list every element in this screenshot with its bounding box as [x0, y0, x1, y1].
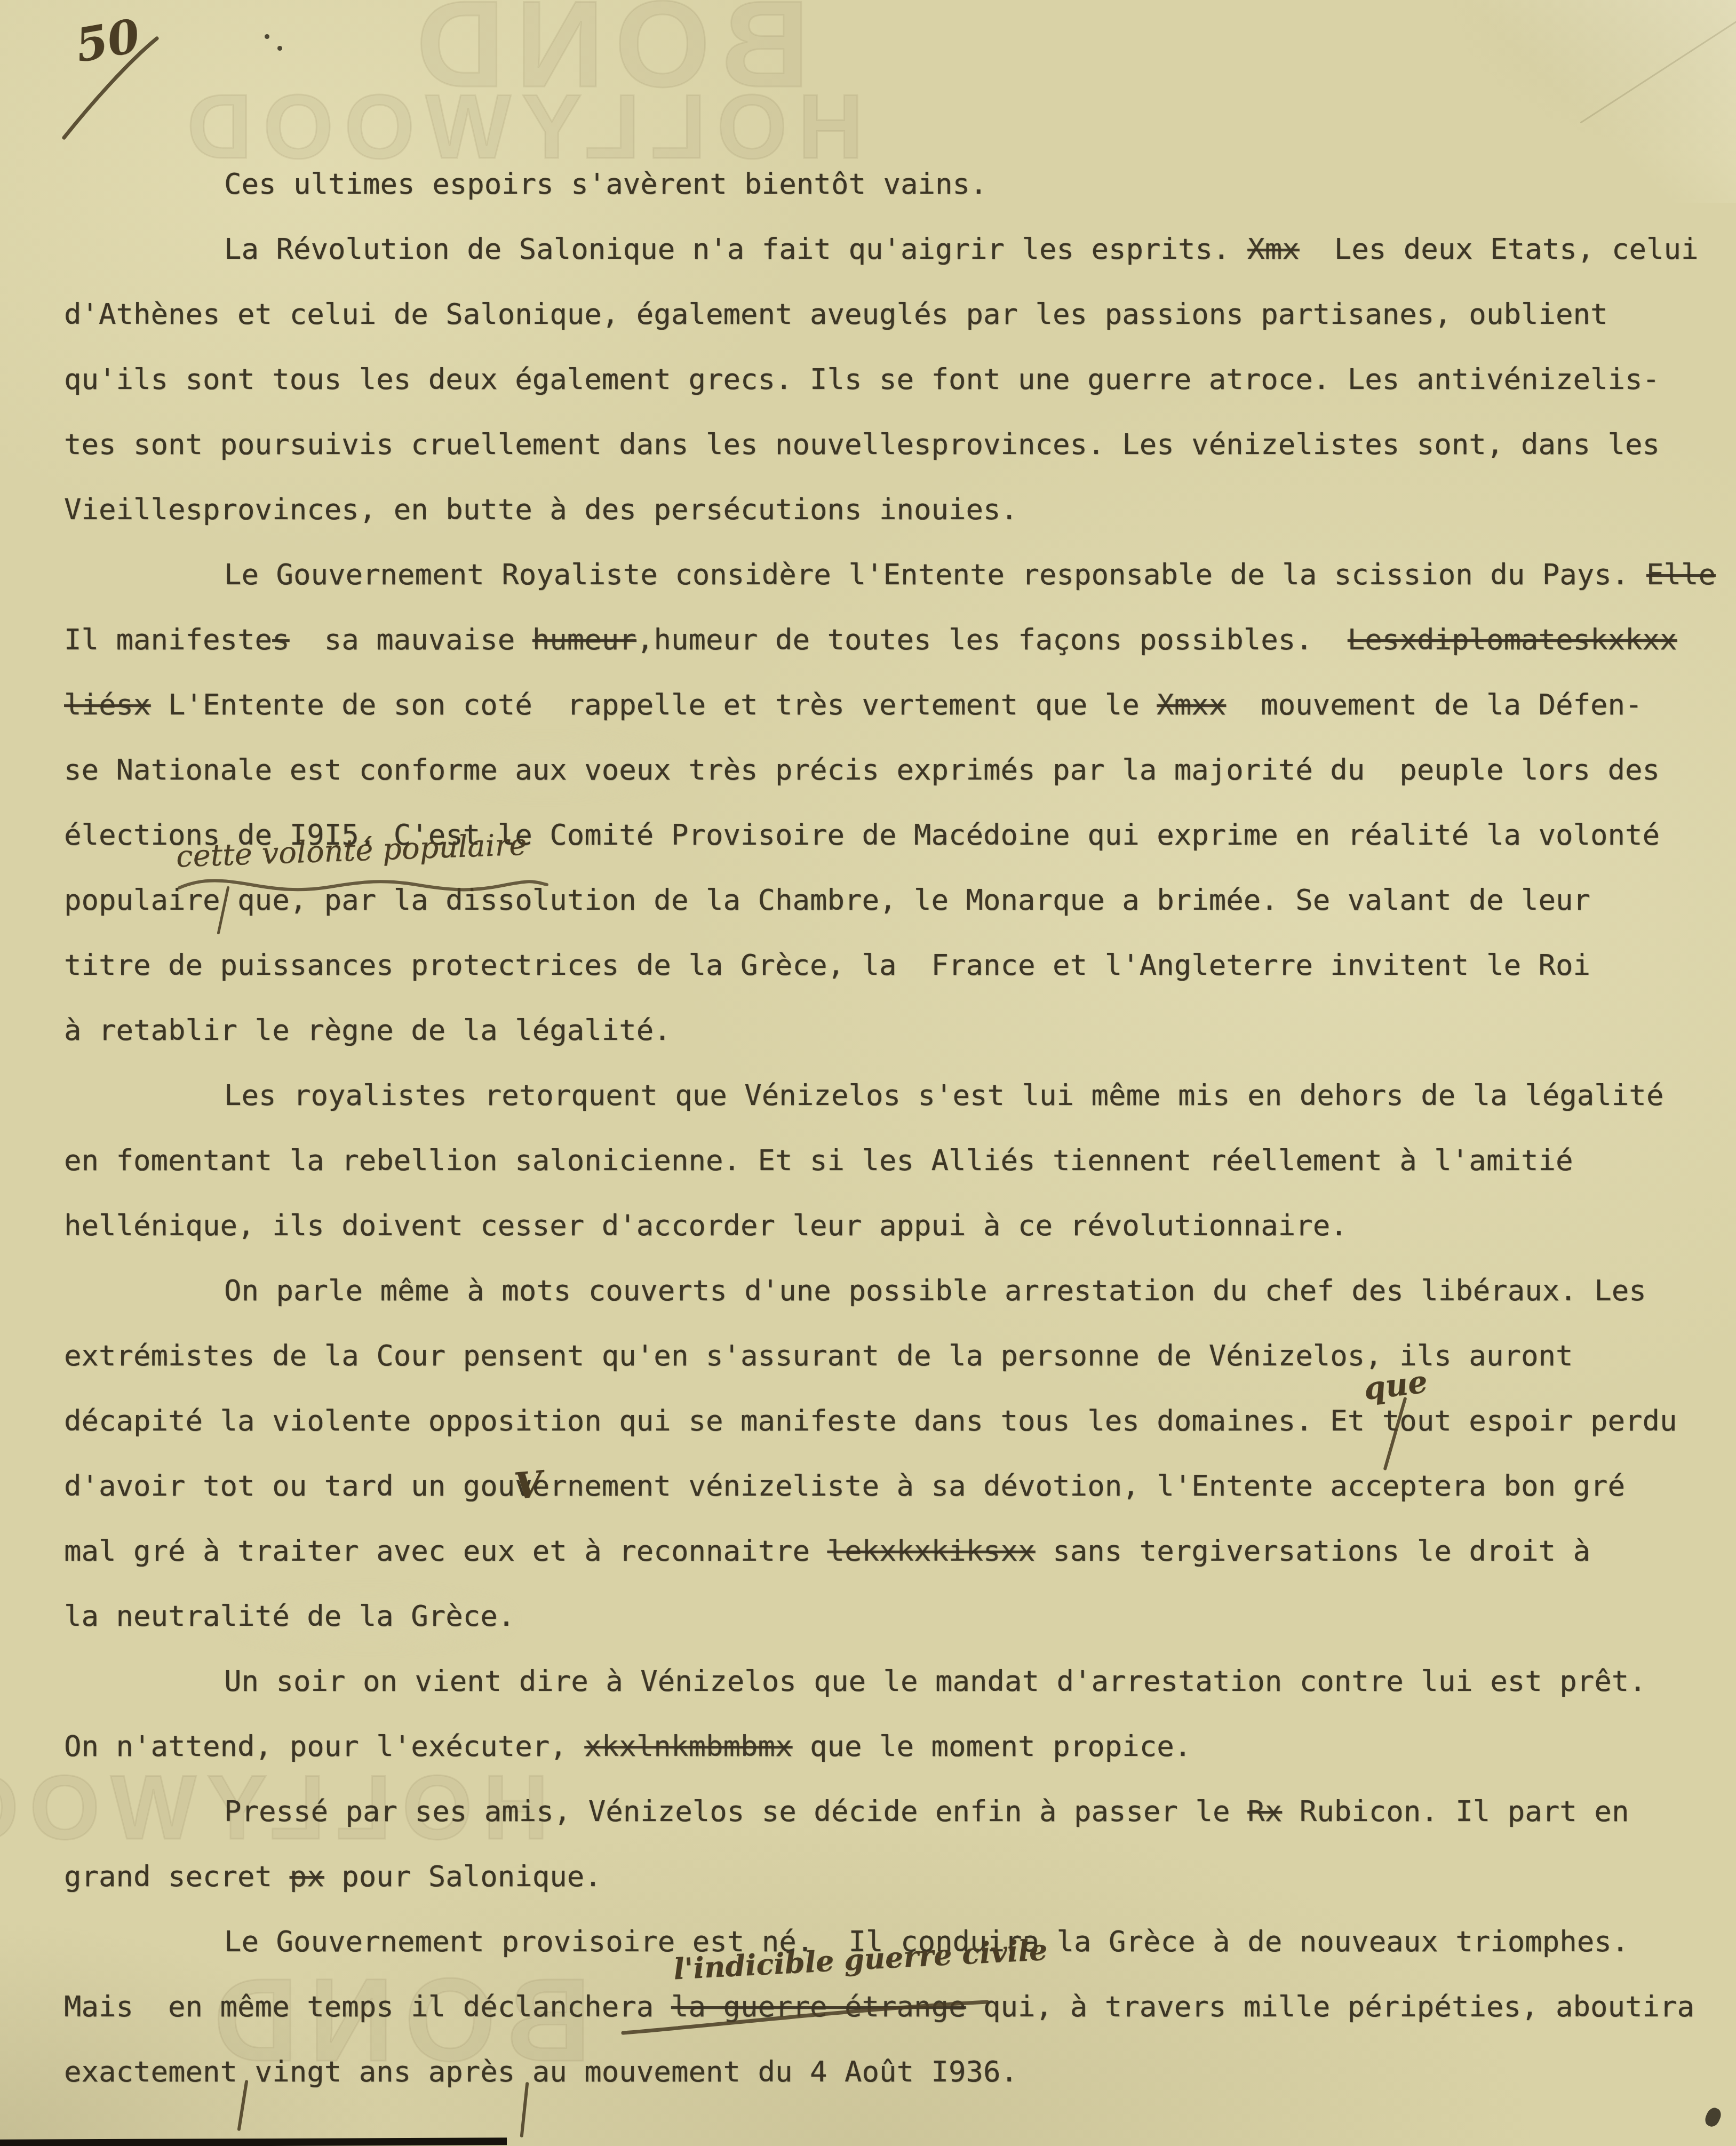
- typed-segment: ,humeur de toutes les façons possibles.: [636, 623, 1348, 656]
- typed-segment: On n'attend, pour l'exécuter,: [64, 1729, 584, 1763]
- typed-segment: d'avoir tot ou tard un gouvernement véni…: [64, 1469, 1625, 1503]
- typed-segment: Rubicon. Il part en: [1282, 1794, 1629, 1828]
- typed-segment: pour Salonique.: [324, 1859, 602, 1893]
- typed-line: tes sont poursuivis cruellement dans les…: [64, 430, 1660, 459]
- typed-line: se Nationale est conforme aux voeux très…: [64, 756, 1660, 784]
- typed-line: On parle même à mots couverts d'une poss…: [64, 1276, 1646, 1305]
- typed-segment: en fomentant la rebellion salonicienne. …: [64, 1143, 1573, 1177]
- typed-segment: hellénique, ils doivent cesser d'accorde…: [64, 1209, 1348, 1242]
- typed-line: qu'ils sont tous les deux également grec…: [64, 365, 1660, 394]
- typed-strikethrough: Xmx: [1247, 232, 1300, 266]
- typed-line: grand secret px pour Salonique.: [64, 1862, 602, 1891]
- hand-strike-stroke-icon: [619, 1990, 992, 2038]
- paper-fold-top-right: [1448, 0, 1736, 203]
- typed-segment: On parle même à mots couverts d'une poss…: [224, 1274, 1646, 1307]
- typed-line: extrémistes de la Cour pensent qu'en s'a…: [64, 1341, 1573, 1370]
- typed-strikethrough: humeur: [532, 623, 636, 656]
- hand-underline-stroke-icon: [58, 31, 164, 143]
- typed-segment: qu'ils sont tous les deux également grec…: [64, 362, 1660, 396]
- typed-segment: sans tergiversations le droit à: [1036, 1534, 1590, 1568]
- typed-dot-icon: [277, 46, 282, 51]
- hand-squiggle-underline-icon: [176, 875, 550, 896]
- typed-line: mal gré à traiter avec eux et à reconnai…: [64, 1537, 1590, 1565]
- handwritten-insertion-que: que: [1361, 1363, 1429, 1407]
- typed-line: Pressé par ses amis, Vénizelos se décide…: [64, 1797, 1629, 1826]
- typed-segment: Il manifeste: [64, 623, 272, 656]
- typed-segment: d'Athènes et celui de Salonique, égaleme…: [64, 297, 1607, 331]
- typed-line: La Révolution de Salonique n'a fait qu'a…: [64, 235, 1698, 264]
- typed-segment: sa mauvaise: [290, 623, 532, 656]
- typed-segment: la neutralité de la Grèce.: [64, 1599, 515, 1633]
- typed-segment: à retablir le règne de la légalité.: [64, 1013, 671, 1047]
- typed-segment: L'Entente de son coté rappelle et très v…: [151, 688, 1157, 721]
- typed-line: On n'attend, pour l'exécuter, xkxlnkmbmb…: [64, 1732, 1191, 1761]
- typed-segment: que le moment propice.: [792, 1729, 1191, 1763]
- typed-line: en fomentant la rebellion salonicienne. …: [64, 1146, 1573, 1175]
- typed-segment: mal gré à traiter avec eux et à reconnai…: [64, 1534, 827, 1568]
- typed-segment: décapité la violente opposition qui se m…: [64, 1404, 1677, 1437]
- typed-strikethrough: lekxkxkiksxx: [827, 1534, 1035, 1568]
- typed-segment: qui, à travers mille péripéties, aboutir…: [966, 1990, 1694, 2023]
- typed-line: Un soir on vient dire à Vénizelos que le…: [64, 1667, 1646, 1696]
- typed-line: Les royalistes retorquent que Vénizelos …: [64, 1081, 1663, 1110]
- typed-segment: Pressé par ses amis, Vénizelos se décide…: [224, 1794, 1247, 1828]
- typed-segment: Vieillesprovinces, en butte à des perséc…: [64, 492, 1018, 526]
- typed-segment: Mais en même temps il déclanchera: [64, 1990, 671, 2023]
- typed-line: la neutralité de la Grèce.: [64, 1602, 515, 1631]
- typed-line: d'Athènes et celui de Salonique, égaleme…: [64, 300, 1607, 329]
- typed-segment: mouvement de la Défen-: [1226, 688, 1642, 721]
- document-page: BOND HOLLYWOOD HOLLYWOOD BOND 50 Ces ult…: [0, 0, 1736, 2146]
- typed-strikethrough: Rx: [1247, 1794, 1282, 1828]
- typed-line: exactement vingt ans après au mouvement …: [64, 2057, 1018, 2086]
- scan-speck: [1703, 2105, 1724, 2129]
- typed-strikethrough: Lesxdiplomateskxkxx: [1348, 623, 1677, 656]
- typed-line: à retablir le règne de la légalité.: [64, 1016, 671, 1045]
- typed-segment: Les royalistes retorquent que Vénizelos …: [224, 1078, 1663, 1112]
- typed-segment: Un soir on vient dire à Vénizelos que le…: [224, 1664, 1646, 1698]
- typed-segment: tes sont poursuivis cruellement dans les…: [64, 427, 1660, 461]
- typed-segment: grand secret: [64, 1859, 290, 1893]
- typed-line: Le Gouvernement Royaliste considère l'En…: [64, 560, 1716, 589]
- typed-line: hellénique, ils doivent cesser d'accorde…: [64, 1211, 1348, 1240]
- typed-strikethrough: s: [272, 623, 290, 656]
- typed-line: Vieillesprovinces, en butte à des perséc…: [64, 495, 1018, 524]
- typed-segment: Ces ultimes espoirs s'avèrent bientôt va…: [224, 167, 987, 201]
- watermark-hollywood-top: HOLLYWOOD: [176, 75, 863, 179]
- typed-strikethrough: liésx: [64, 688, 151, 721]
- typed-segment: Les deux Etats, celui: [1300, 232, 1699, 266]
- scan-edge-bottom: [0, 2137, 507, 2146]
- typed-line: décapité la violente opposition qui se m…: [64, 1406, 1677, 1435]
- typed-segment: titre de puissances protectrices de la G…: [64, 948, 1590, 982]
- typed-segment: Le Gouvernement Royaliste considère l'En…: [224, 558, 1646, 591]
- typed-segment: extrémistes de la Cour pensent qu'en s'a…: [64, 1339, 1573, 1372]
- handwritten-correction-v: V: [513, 1463, 545, 1508]
- typed-strikethrough: Xmxx: [1157, 688, 1226, 721]
- typed-strikethrough: px: [290, 1859, 324, 1893]
- typed-line: d'avoir tot ou tard un gouvernement véni…: [64, 1472, 1625, 1500]
- typed-line: titre de puissances protectrices de la G…: [64, 951, 1590, 980]
- typed-segment: exactement vingt ans après au mouvement …: [64, 2055, 1018, 2088]
- typed-line: Il manifestes sa mauvaise humeur,humeur …: [64, 625, 1677, 654]
- typed-segment: se Nationale est conforme aux voeux très…: [64, 753, 1660, 786]
- typed-line: Ces ultimes espoirs s'avèrent bientôt va…: [64, 170, 987, 198]
- typed-dot-icon: [265, 34, 269, 39]
- typed-strikethrough: xkxlnkmbmbmx: [584, 1729, 792, 1763]
- typed-line: liésx L'Entente de son coté rappelle et …: [64, 690, 1643, 719]
- typed-segment: La Révolution de Salonique n'a fait qu'a…: [224, 232, 1247, 266]
- typed-strikethrough: Elle: [1646, 558, 1716, 591]
- hand-comma-after-apres-icon: [520, 2082, 529, 2137]
